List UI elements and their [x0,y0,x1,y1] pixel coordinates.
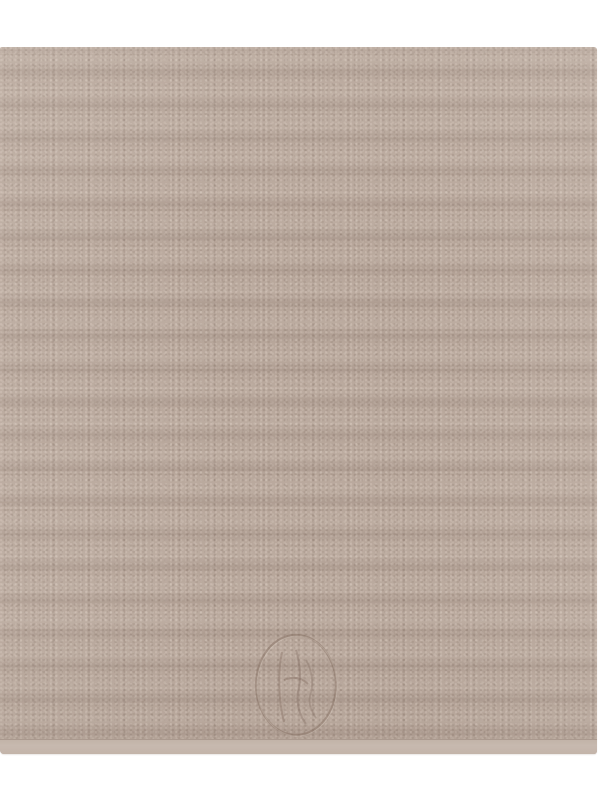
embossed-logo-icon [250,630,342,740]
towel [0,47,597,754]
product-photo [0,0,600,800]
top-edge [0,47,597,53]
bottom-hem-band [0,739,597,754]
